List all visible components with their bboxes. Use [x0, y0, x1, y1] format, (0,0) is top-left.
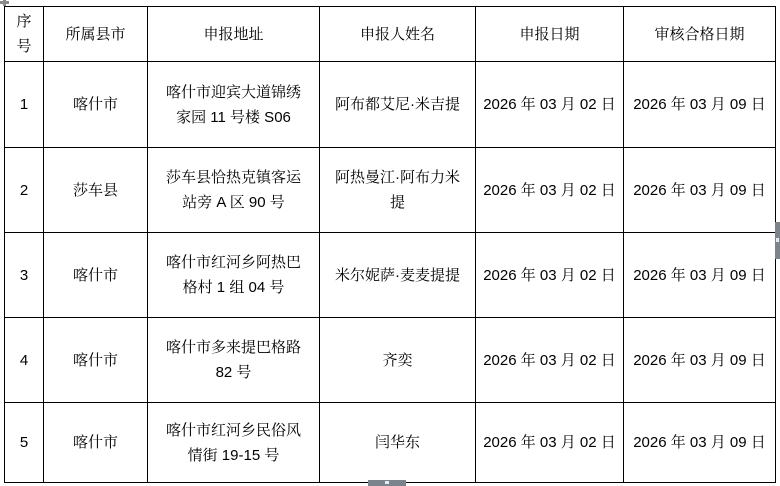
table-row: 5 喀什市 喀什市红河乡民俗风情街 19-15 号 闫华东 2026 年 03 …	[5, 403, 776, 483]
cell-county: 喀什市	[44, 318, 148, 403]
applicants-table: 序号 所属县市 申报地址 申报人姓名 申报日期 审核合格日期 1 喀什市 喀什市…	[4, 6, 776, 483]
cell-applicant-name: 阿热曼江·阿布力米提	[320, 148, 476, 233]
col-header-approval-date: 审核合格日期	[624, 7, 776, 62]
cell-applicant-name: 闫华东	[320, 403, 476, 483]
col-header-county: 所属县市	[44, 7, 148, 62]
cell-approval-date: 2026 年 03 月 09 日	[624, 318, 776, 403]
table-header-row: 序号 所属县市 申报地址 申报人姓名 申报日期 审核合格日期	[5, 7, 776, 62]
col-header-apply-date: 申报日期	[476, 7, 624, 62]
cell-apply-date: 2026 年 03 月 02 日	[476, 318, 624, 403]
cell-address: 莎车县恰热克镇客运站旁 A 区 90 号	[148, 148, 320, 233]
document-page: 序号 所属县市 申报地址 申报人姓名 申报日期 审核合格日期 1 喀什市 喀什市…	[0, 0, 780, 486]
cell-apply-date: 2026 年 03 月 02 日	[476, 62, 624, 148]
cell-approval-date: 2026 年 03 月 09 日	[624, 233, 776, 318]
cell-index: 1	[5, 62, 44, 148]
cell-apply-date: 2026 年 03 月 02 日	[476, 403, 624, 483]
cell-applicant-name: 米尔妮萨·麦麦提提	[320, 233, 476, 318]
cell-index: 3	[5, 233, 44, 318]
table-row: 4 喀什市 喀什市多来提巴格路 82 号 齐奕 2026 年 03 月 02 日…	[5, 318, 776, 403]
cell-index: 5	[5, 403, 44, 483]
vertical-scrollbar-thumb[interactable]	[775, 222, 780, 259]
cell-approval-date: 2026 年 03 月 09 日	[624, 403, 776, 483]
scrollbar-grip-icon	[385, 481, 389, 484]
cell-county: 喀什市	[44, 233, 148, 318]
cell-approval-date: 2026 年 03 月 09 日	[624, 62, 776, 148]
col-header-applicant-name: 申报人姓名	[320, 7, 476, 62]
cell-approval-date: 2026 年 03 月 09 日	[624, 148, 776, 233]
col-header-address: 申报地址	[148, 7, 320, 62]
cell-county: 喀什市	[44, 403, 148, 483]
cell-applicant-name: 齐奕	[320, 318, 476, 403]
table-row: 1 喀什市 喀什市迎宾大道锦绣家园 11 号楼 S06 阿布都艾尼·米吉提 20…	[5, 62, 776, 148]
cell-county: 莎车县	[44, 148, 148, 233]
cell-address: 喀什市多来提巴格路 82 号	[148, 318, 320, 403]
cell-index: 2	[5, 148, 44, 233]
cell-applicant-name: 阿布都艾尼·米吉提	[320, 62, 476, 148]
horizontal-scrollbar-thumb[interactable]	[368, 480, 406, 486]
table-row: 2 莎车县 莎车县恰热克镇客运站旁 A 区 90 号 阿热曼江·阿布力米提 20…	[5, 148, 776, 233]
table-row: 3 喀什市 喀什市红河乡阿热巴格村 1 组 04 号 米尔妮萨·麦麦提提 202…	[5, 233, 776, 318]
cell-county: 喀什市	[44, 62, 148, 148]
scrollbar-grip-icon	[776, 238, 779, 242]
col-header-index: 序号	[5, 7, 44, 62]
cell-apply-date: 2026 年 03 月 02 日	[476, 148, 624, 233]
cell-address: 喀什市红河乡阿热巴格村 1 组 04 号	[148, 233, 320, 318]
cell-index: 4	[5, 318, 44, 403]
cell-apply-date: 2026 年 03 月 02 日	[476, 233, 624, 318]
cell-address: 喀什市红河乡民俗风情街 19-15 号	[148, 403, 320, 483]
cell-address: 喀什市迎宾大道锦绣家园 11 号楼 S06	[148, 62, 320, 148]
